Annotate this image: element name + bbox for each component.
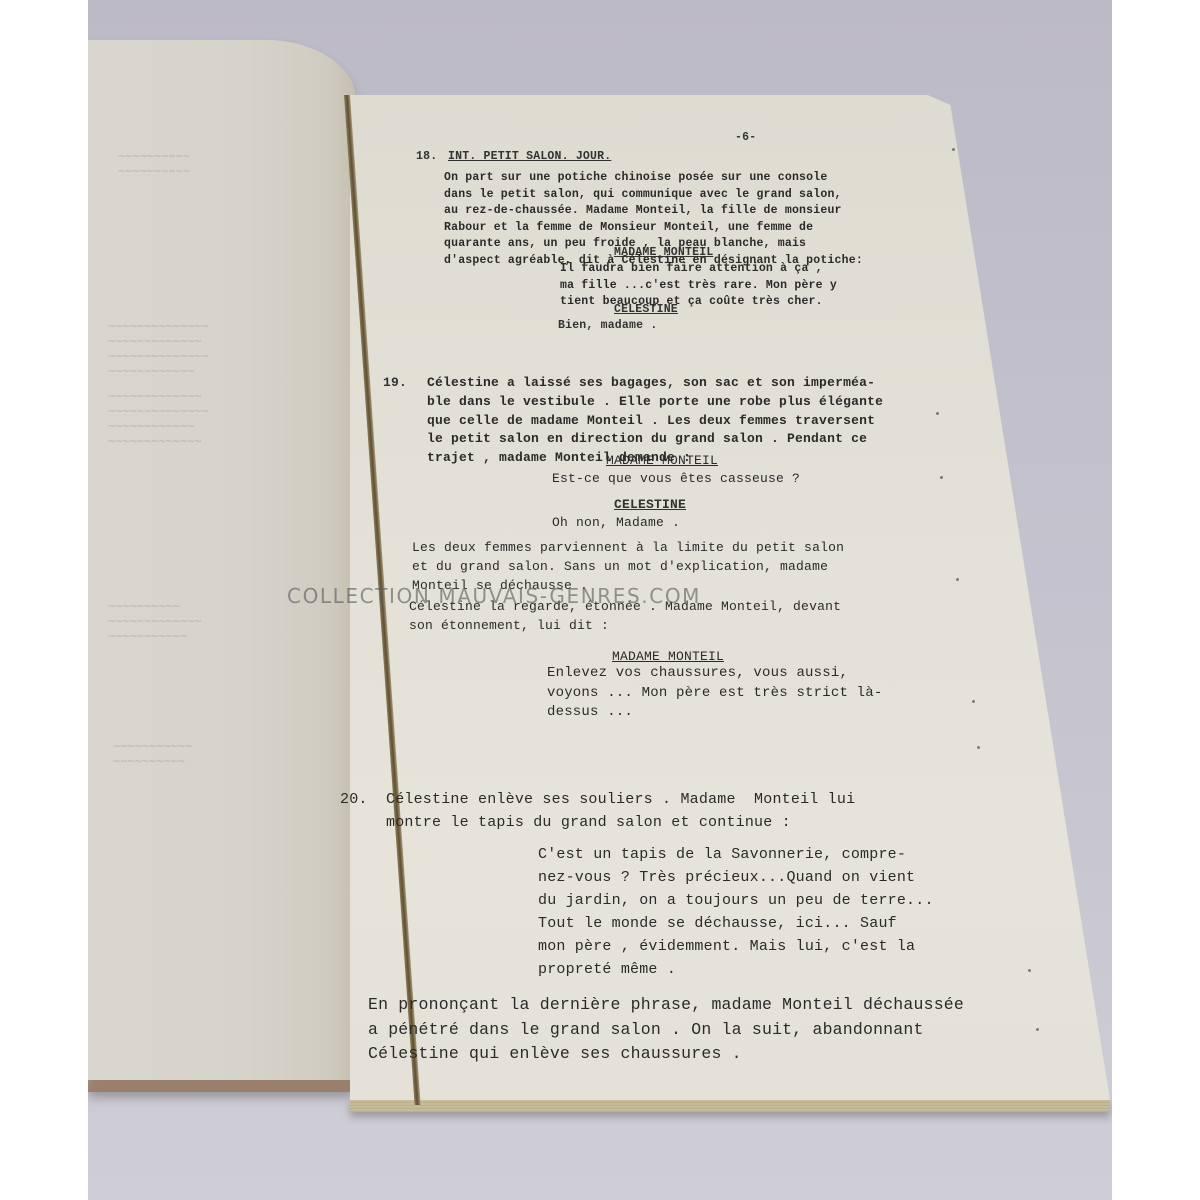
bleed-through-text: ~~~~~~~~~~~~~~ ~~~~~~~~~~~~~ ~~~~~~~~~~~… [108,320,209,380]
scene-number: 19. [383,374,407,393]
left-page: ~~~~~~~~~~ ~~~~~~~~~~ ~~~~~~~~~~~~~~ ~~~… [88,40,356,1080]
dialogue-block: Il faudra bien faire attention à ça , ma… [560,261,837,311]
action-block: Célestine enlève ses souliers . Madame M… [386,788,855,834]
character-name: CELESTINE [614,496,686,515]
action-block: En prononçant la dernière phrase, madame… [368,993,964,1067]
paper-speck [952,148,955,151]
watermark: COLLECTION MAUVAIS-GENRES.COM [287,584,701,608]
paper-speck [1036,1028,1039,1031]
dialogue-line: Est-ce que vous êtes casseuse ? [552,470,800,489]
page-number: -6- [735,130,756,147]
bleed-through-text: ~~~~~~~~~~~~~ ~~~~~~~~~~~~~~ ~~~~~~~~~~~… [108,390,209,450]
paper-speck [972,700,975,703]
scene-heading: INT. PETIT SALON. JOUR. [448,149,611,166]
left-page-edge [88,1078,354,1092]
right-page-edge [350,1098,1110,1112]
character-name: MADAME MONTEIL [614,245,713,262]
dialogue-line: Bien, madame . [558,318,657,335]
bleed-through-text: ~~~~~~~~~~ ~~~~~~~~~~~~~ ~~~~~~~~~~~ [108,600,202,645]
paper-speck [956,578,959,581]
paper-speck [977,746,980,749]
dialogue-block: Enlevez vos chaussures, vous aussi, voyo… [547,664,882,723]
bleed-through-text: ~~~~~~~~~~ ~~~~~~~~~~ [118,150,190,180]
character-name: CELESTINE [614,302,678,319]
dialogue-block: C'est un tapis de la Savonnerie, compre-… [538,843,934,981]
bleed-through-text: ~~~~~~~~~~~ ~~~~~~~~~~ [113,740,192,770]
character-name: MADAME MONTEIL [606,452,718,471]
dialogue-line: Oh non, Madame . [552,514,680,533]
scene-number: 18. [416,149,437,166]
paper-speck [936,412,939,415]
paper-speck [940,476,943,479]
scene-number: 20. [340,788,368,811]
paper-speck [1028,969,1031,972]
